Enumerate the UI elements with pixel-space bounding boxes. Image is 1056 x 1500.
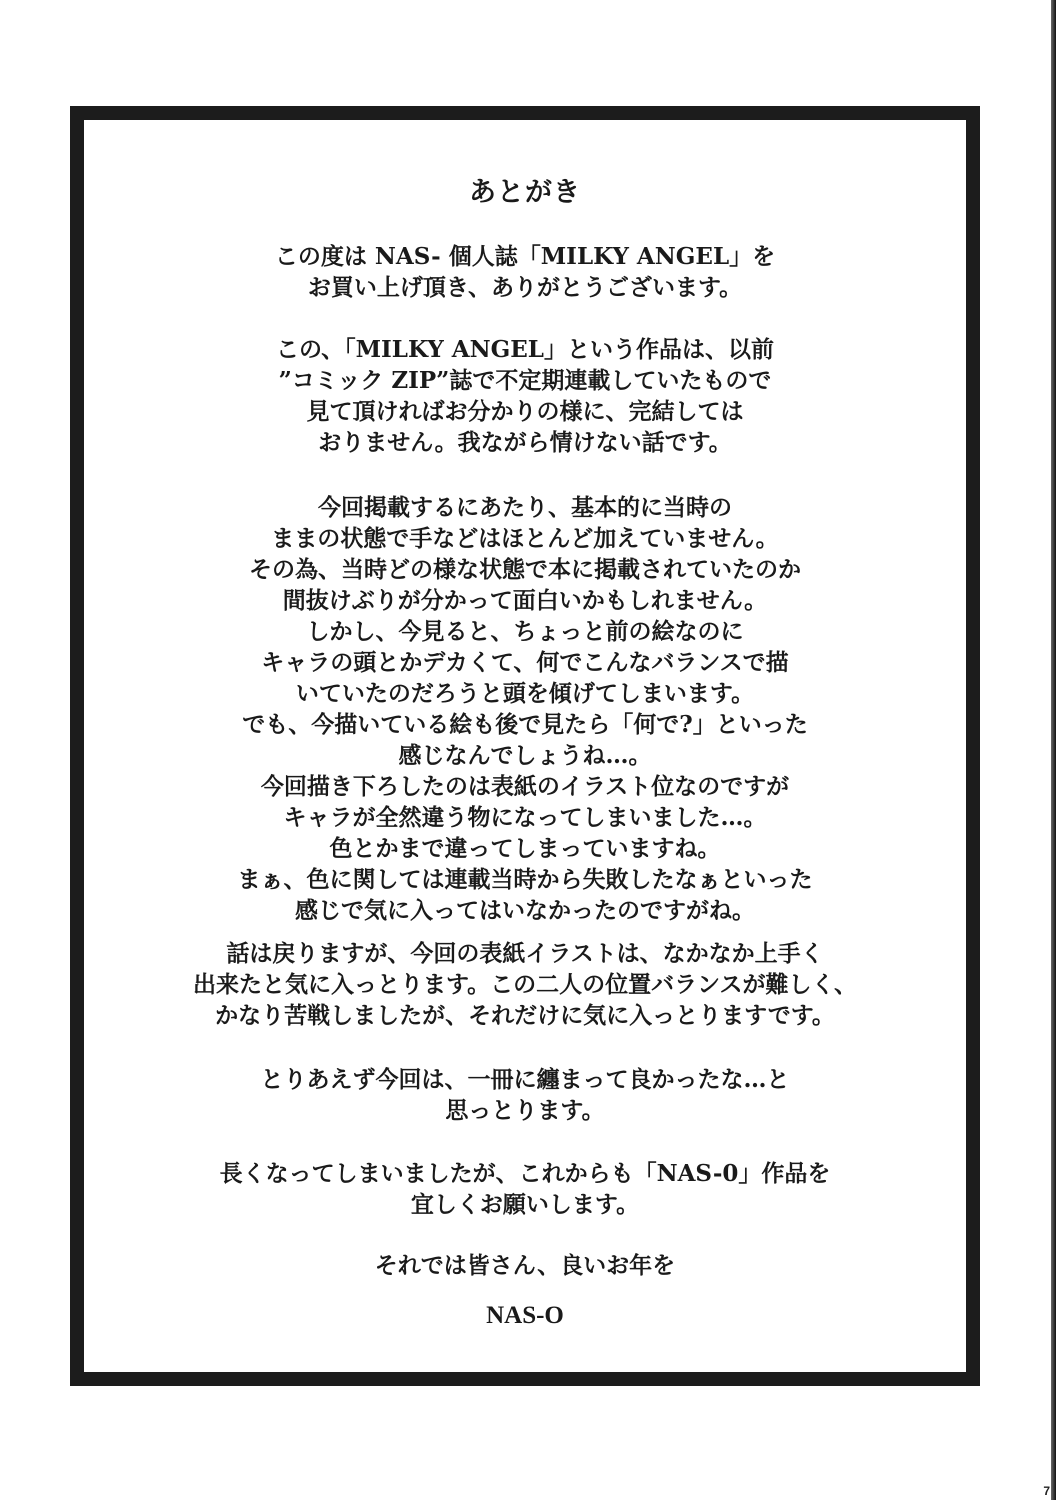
binding-edge	[1051, 0, 1056, 1500]
text-line: 宜しくお願いします。	[84, 1189, 966, 1220]
text-line: かなり苦戦しましたが、それだけに気に入っとりますです。	[84, 1000, 966, 1031]
text-line: 感じで気に入ってはいなかったのですがね。	[84, 895, 966, 926]
paragraph-serialization: この、「MILKY ANGEL」という作品は、以前 ”コミック ZIP”誌で不定…	[84, 334, 966, 458]
text-line: キャラが全然違う物になってしまいました…。	[84, 802, 966, 833]
text-line: 見て頂ければお分かりの様に、完結しては	[84, 396, 966, 427]
author-signature: NAS-O	[84, 1302, 966, 1330]
text-line: それでは皆さん、良いお年を	[84, 1250, 966, 1281]
text-line: ”コミック ZIP”誌で不定期連載していたもので	[84, 365, 966, 396]
text-line: まぁ、色に関しては連載当時から失敗したなぁといった	[84, 864, 966, 895]
text-line: 出来たと気に入っとります。この二人の位置バランスが難しく、	[84, 969, 966, 1000]
paragraph-closing-request: 長くなってしまいましたが、これからも「NAS-0」作品を 宜しくお願いします。	[84, 1158, 966, 1220]
text-line: おりません。我ながら情けない話です。	[84, 427, 966, 458]
text-line: その為、当時どの様な状態で本に掲載されていたのか	[84, 554, 966, 585]
text-line: 思っとります。	[84, 1095, 966, 1126]
paragraph-thanks: この度は NAS- 個人誌「MILKY ANGEL」を お買い上げ頂き、ありがと…	[84, 241, 966, 303]
afterword-title: あとがき	[84, 170, 966, 209]
text-line: ままの状態で手などはほとんど加えていません。	[84, 523, 966, 554]
page-border-frame: あとがき この度は NAS- 個人誌「MILKY ANGEL」を お買い上げ頂き…	[70, 106, 980, 1386]
text-line: この、「MILKY ANGEL」という作品は、以前	[84, 334, 966, 365]
text-line: 今回掲載するにあたり、基本的に当時の	[84, 492, 966, 523]
text-line: でも、今描いている絵も後で見たら「何で?」といった	[84, 709, 966, 740]
text-line: 間抜けぶりが分かって面白いかもしれません。	[84, 585, 966, 616]
text-line: 長くなってしまいましたが、これからも「NAS-0」作品を	[84, 1158, 966, 1189]
text-line: 今回描き下ろしたのは表紙のイラスト位なのですが	[84, 771, 966, 802]
page-number: 7	[1043, 1484, 1050, 1498]
text-line: とりあえず今回は、一冊に纏まって良かったな…と	[84, 1064, 966, 1095]
text-line: 話は戻りますが、今回の表紙イラストは、なかなか上手く	[84, 938, 966, 969]
paragraph-cover-illustration: 話は戻りますが、今回の表紙イラストは、なかなか上手く 出来たと気に入っとります。…	[84, 938, 966, 1031]
text-line: お買い上げ頂き、ありがとうございます。	[84, 272, 966, 303]
text-line: いていたのだろうと頭を傾げてしまいます。	[84, 678, 966, 709]
text-line: 色とかまで違ってしまっていますね。	[84, 833, 966, 864]
text-line: しかし、今見ると、ちょっと前の絵なのに	[84, 616, 966, 647]
text-line: 感じなんでしょうね…。	[84, 740, 966, 771]
paragraph-reprint-notes: 今回掲載するにあたり、基本的に当時の ままの状態で手などはほとんど加えていません…	[84, 492, 966, 926]
text-line: この度は NAS- 個人誌「MILKY ANGEL」を	[84, 241, 966, 272]
text-line: キャラの頭とかデカくて、何でこんなバランスで描	[84, 647, 966, 678]
paragraph-new-year-greeting: それでは皆さん、良いお年を	[84, 1250, 966, 1281]
paragraph-compiled: とりあえず今回は、一冊に纏まって良かったな…と 思っとります。	[84, 1064, 966, 1126]
